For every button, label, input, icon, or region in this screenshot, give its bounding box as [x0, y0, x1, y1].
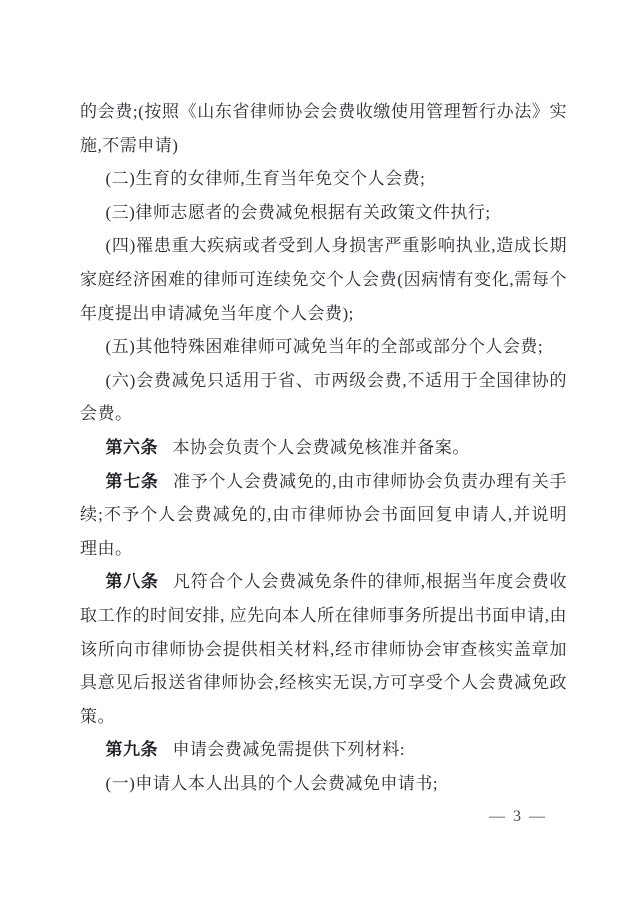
paragraph-text: (五)其他特殊困难律师可减免当年的全部或部分个人会费;	[106, 337, 544, 356]
page-footer: — 3 —	[489, 808, 547, 826]
article-number: 第六条	[106, 438, 159, 457]
paragraph: 第六条本协会负责个人会费减免核准并备案。	[80, 431, 567, 465]
page-number: — 3 —	[489, 808, 547, 825]
paragraph-text: 本协会负责个人会费减免核准并备案。	[172, 438, 470, 457]
paragraph: 的会费;(按照《山东省律师协会会费收缴使用管理暂行办法》实施,不需申请)	[80, 95, 567, 162]
paragraph: (一)申请人本人出具的个人会费减免申请书;	[80, 767, 567, 801]
paragraph: (五)其他特殊困难律师可减免当年的全部或部分个人会费;	[80, 330, 567, 364]
article-number: 第八条	[106, 572, 159, 591]
article-number: 第七条	[106, 472, 159, 491]
paragraph-text: (一)申请人本人出具的个人会费减免申请书;	[106, 774, 439, 793]
paragraph-text: (四)罹患重大疾病或者受到人身损害严重影响执业,造成长期家庭经济困难的律师可连续…	[80, 236, 567, 322]
article-number: 第九条	[106, 740, 159, 759]
paragraph-text: 的会费;(按照《山东省律师协会会费收缴使用管理暂行办法》实施,不需申请)	[80, 102, 567, 155]
paragraph: 第七条准予个人会费减免的,由市律师协会负责办理有关手续;不予个人会费减免的,由市…	[80, 465, 567, 566]
paragraph: (四)罹患重大疾病或者受到人身损害严重影响执业,造成长期家庭经济困难的律师可连续…	[80, 229, 567, 330]
document-body: 的会费;(按照《山东省律师协会会费收缴使用管理暂行办法》实施,不需申请)(二)生…	[80, 95, 567, 800]
paragraph-text: (三)律师志愿者的会费减免根据有关政策文件执行;	[106, 203, 491, 222]
paragraph: 第八条凡符合个人会费减免条件的律师,根据当年度会费收取工作的时间安排, 应先向本…	[80, 565, 567, 733]
paragraph: (三)律师志愿者的会费减免根据有关政策文件执行;	[80, 196, 567, 230]
paragraph-text: 凡符合个人会费减免条件的律师,根据当年度会费收取工作的时间安排, 应先向本人所在…	[80, 572, 567, 725]
document-page: 的会费;(按照《山东省律师协会会费收缴使用管理暂行办法》实施,不需申请)(二)生…	[0, 0, 631, 897]
paragraph-text: 申请会费减免需提供下列材料:	[172, 740, 405, 759]
paragraph-text: (二)生育的女律师,生育当年免交个人会费;	[106, 169, 426, 188]
paragraph: (六)会费减免只适用于省、市两级会费,不适用于全国律协的会费。	[80, 364, 567, 431]
paragraph: 第九条申请会费减免需提供下列材料:	[80, 733, 567, 767]
paragraph-text: (六)会费减免只适用于省、市两级会费,不适用于全国律协的会费。	[80, 371, 567, 424]
paragraph: (二)生育的女律师,生育当年免交个人会费;	[80, 162, 567, 196]
